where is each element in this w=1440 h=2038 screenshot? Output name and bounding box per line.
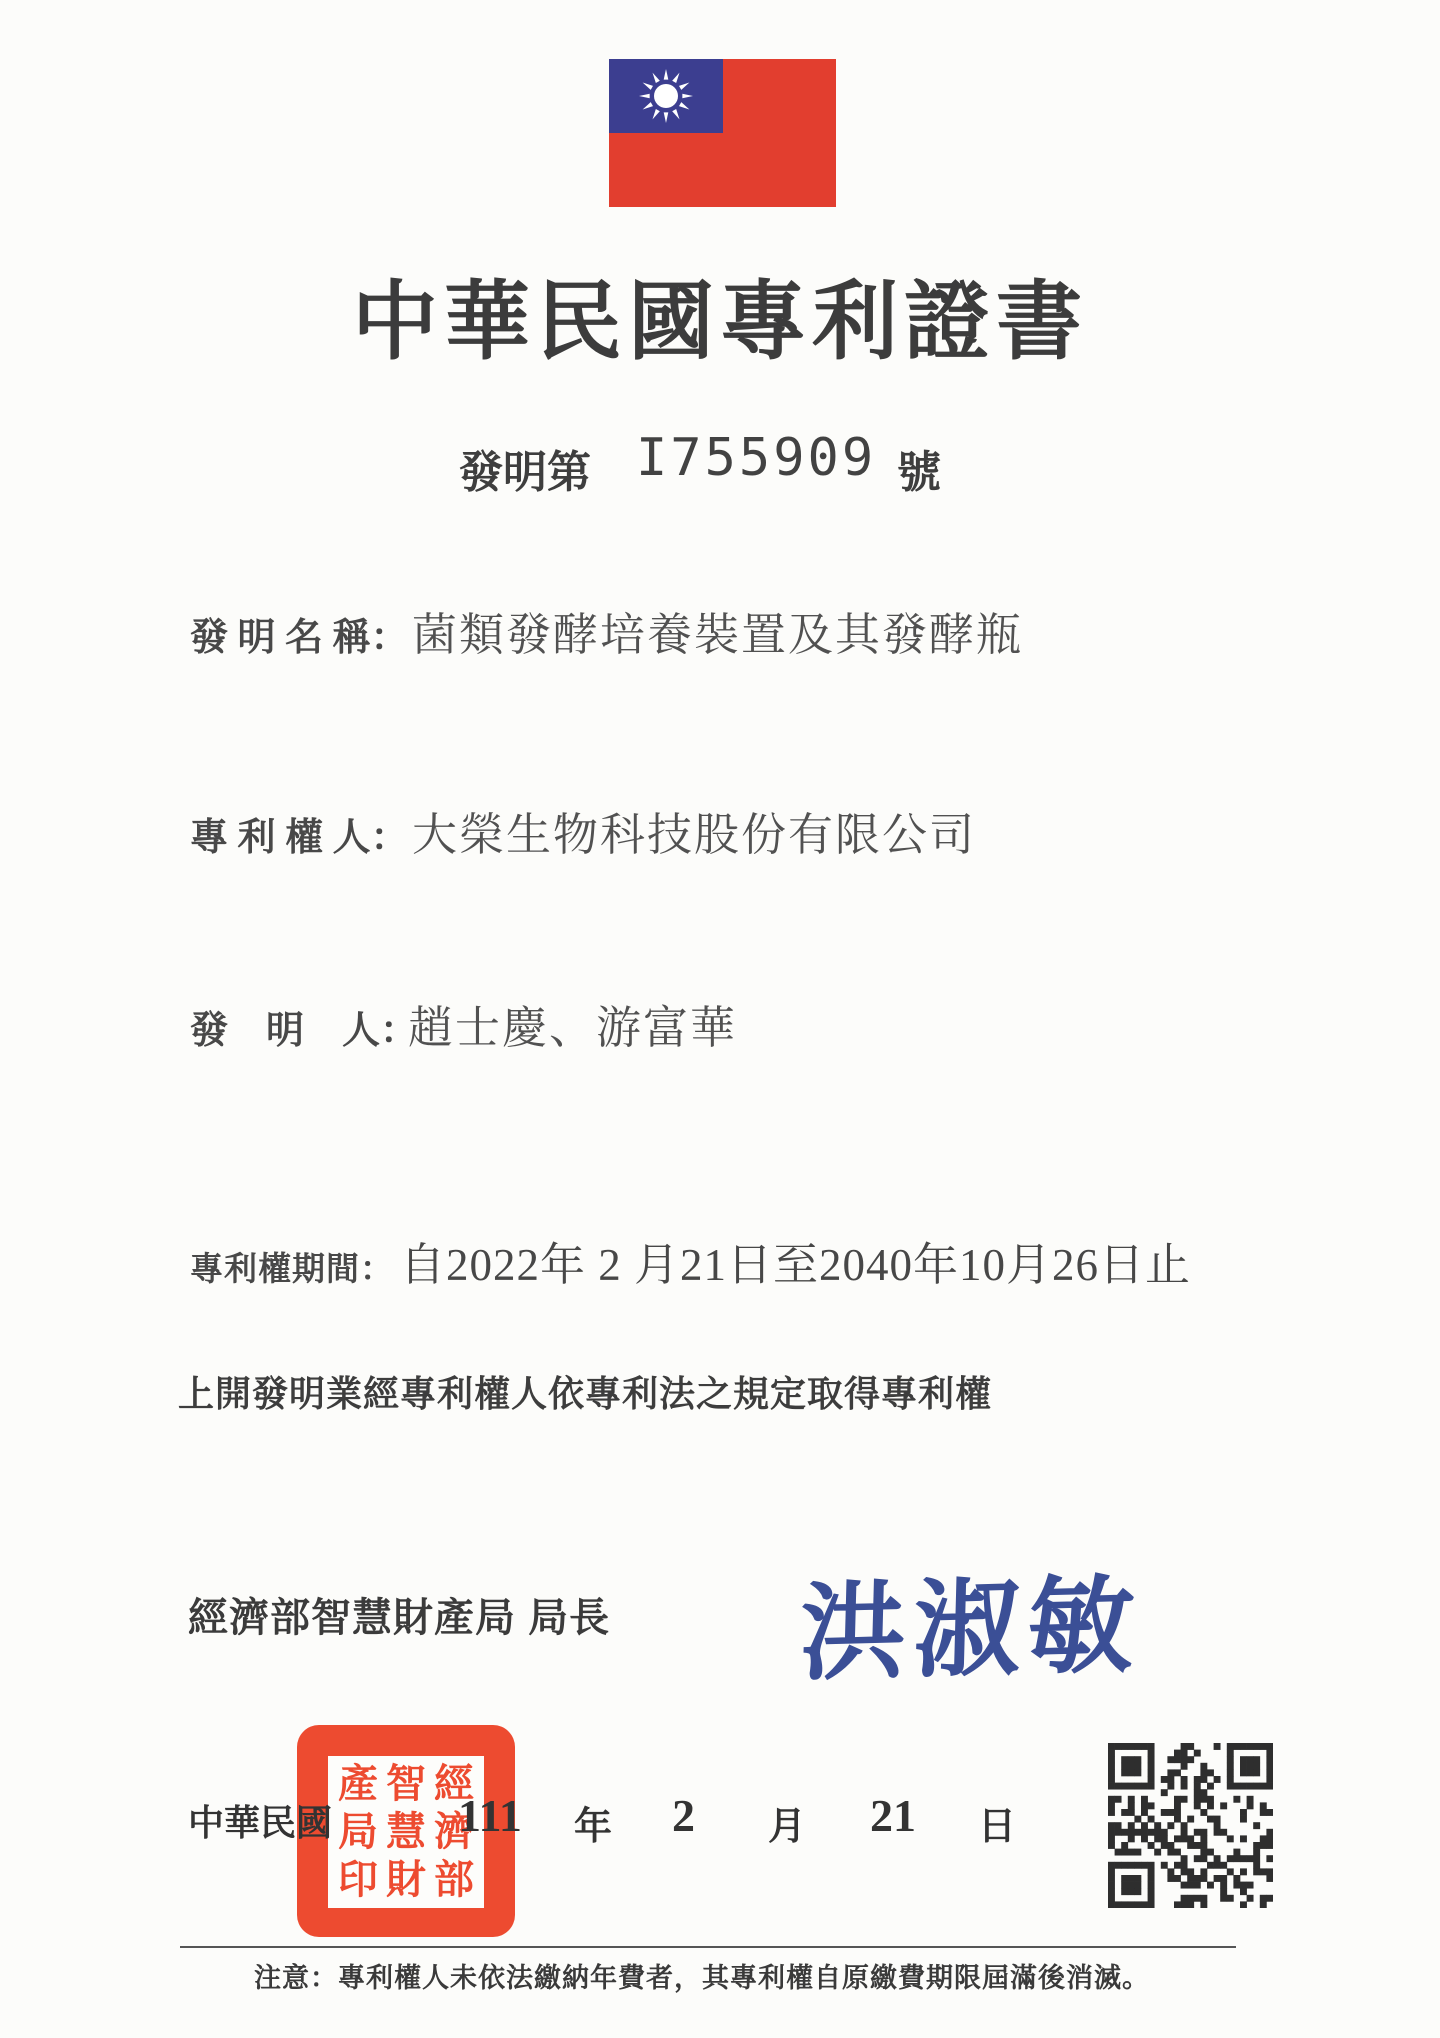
footer-divider [180,1946,1236,1948]
seal-column: 產 局 印 [338,1762,378,1902]
field-value: 自2022年 2 月21日至2040年10月26日止 [400,1240,1191,1290]
field-value: 菌類發酵培養裝置及其發酵瓶 [412,610,1023,660]
qr-code [1108,1743,1273,1908]
grant-statement: 上開發明業經專利權人依專利法之規定取得專利權 [178,1366,992,1417]
field-value: 大榮生物科技股份有限公司 [412,810,976,860]
patent-number-prefix: 發明第 [459,436,591,500]
field-label: 專 利 權 人： [190,806,412,861]
date-year: 111 [458,1789,522,1842]
field-invention-name: 發 明 名 稱：菌類發酵培養裝置及其發酵瓶 [190,598,1023,663]
director-signature: 洪淑敏 [798,1540,1144,1701]
patent-certificate-page: 中華民國專利證書 發明第 I755909 號 發 明 名 稱：菌類發酵培養裝置及… [0,0,1440,2038]
footer-note: 注意：專利權人未依法繳納年費者，其專利權自原繳費期限屆滿後消滅。 [0,1956,1404,1995]
date-era: 中華民國 [188,1795,332,1846]
field-inventors: 發 明 人：趙士慶、游富華 [190,991,737,1056]
issuer-office-title: 經濟部智慧財產局 局長 [188,1586,610,1643]
field-label: 專利權期間： [190,1243,400,1290]
patent-number-value: I755909 [636,428,876,488]
date-day: 21 [870,1789,916,1842]
field-label: 發 明 人： [190,999,408,1054]
white-sun-icon [609,59,723,133]
flag-canton [609,59,723,133]
seal-column: 智 慧 財 [386,1762,426,1902]
taiwan-flag-icon [609,59,836,207]
patent-number-suffix: 號 [897,436,941,500]
field-label: 發 明 名 稱： [190,606,412,661]
date-year-unit: 年 [574,1795,612,1850]
date-month-unit: 月 [768,1795,806,1850]
date-month: 2 [672,1789,695,1842]
certificate-title: 中華民國專利證書 [0,252,1440,376]
date-day-unit: 日 [978,1795,1016,1850]
field-patent-term: 專利權期間：自2022年 2 月21日至2040年10月26日止 [190,1228,1191,1293]
field-value: 趙士慶、游富華 [408,1003,737,1053]
field-patent-holder: 專 利 權 人：大榮生物科技股份有限公司 [190,798,976,863]
